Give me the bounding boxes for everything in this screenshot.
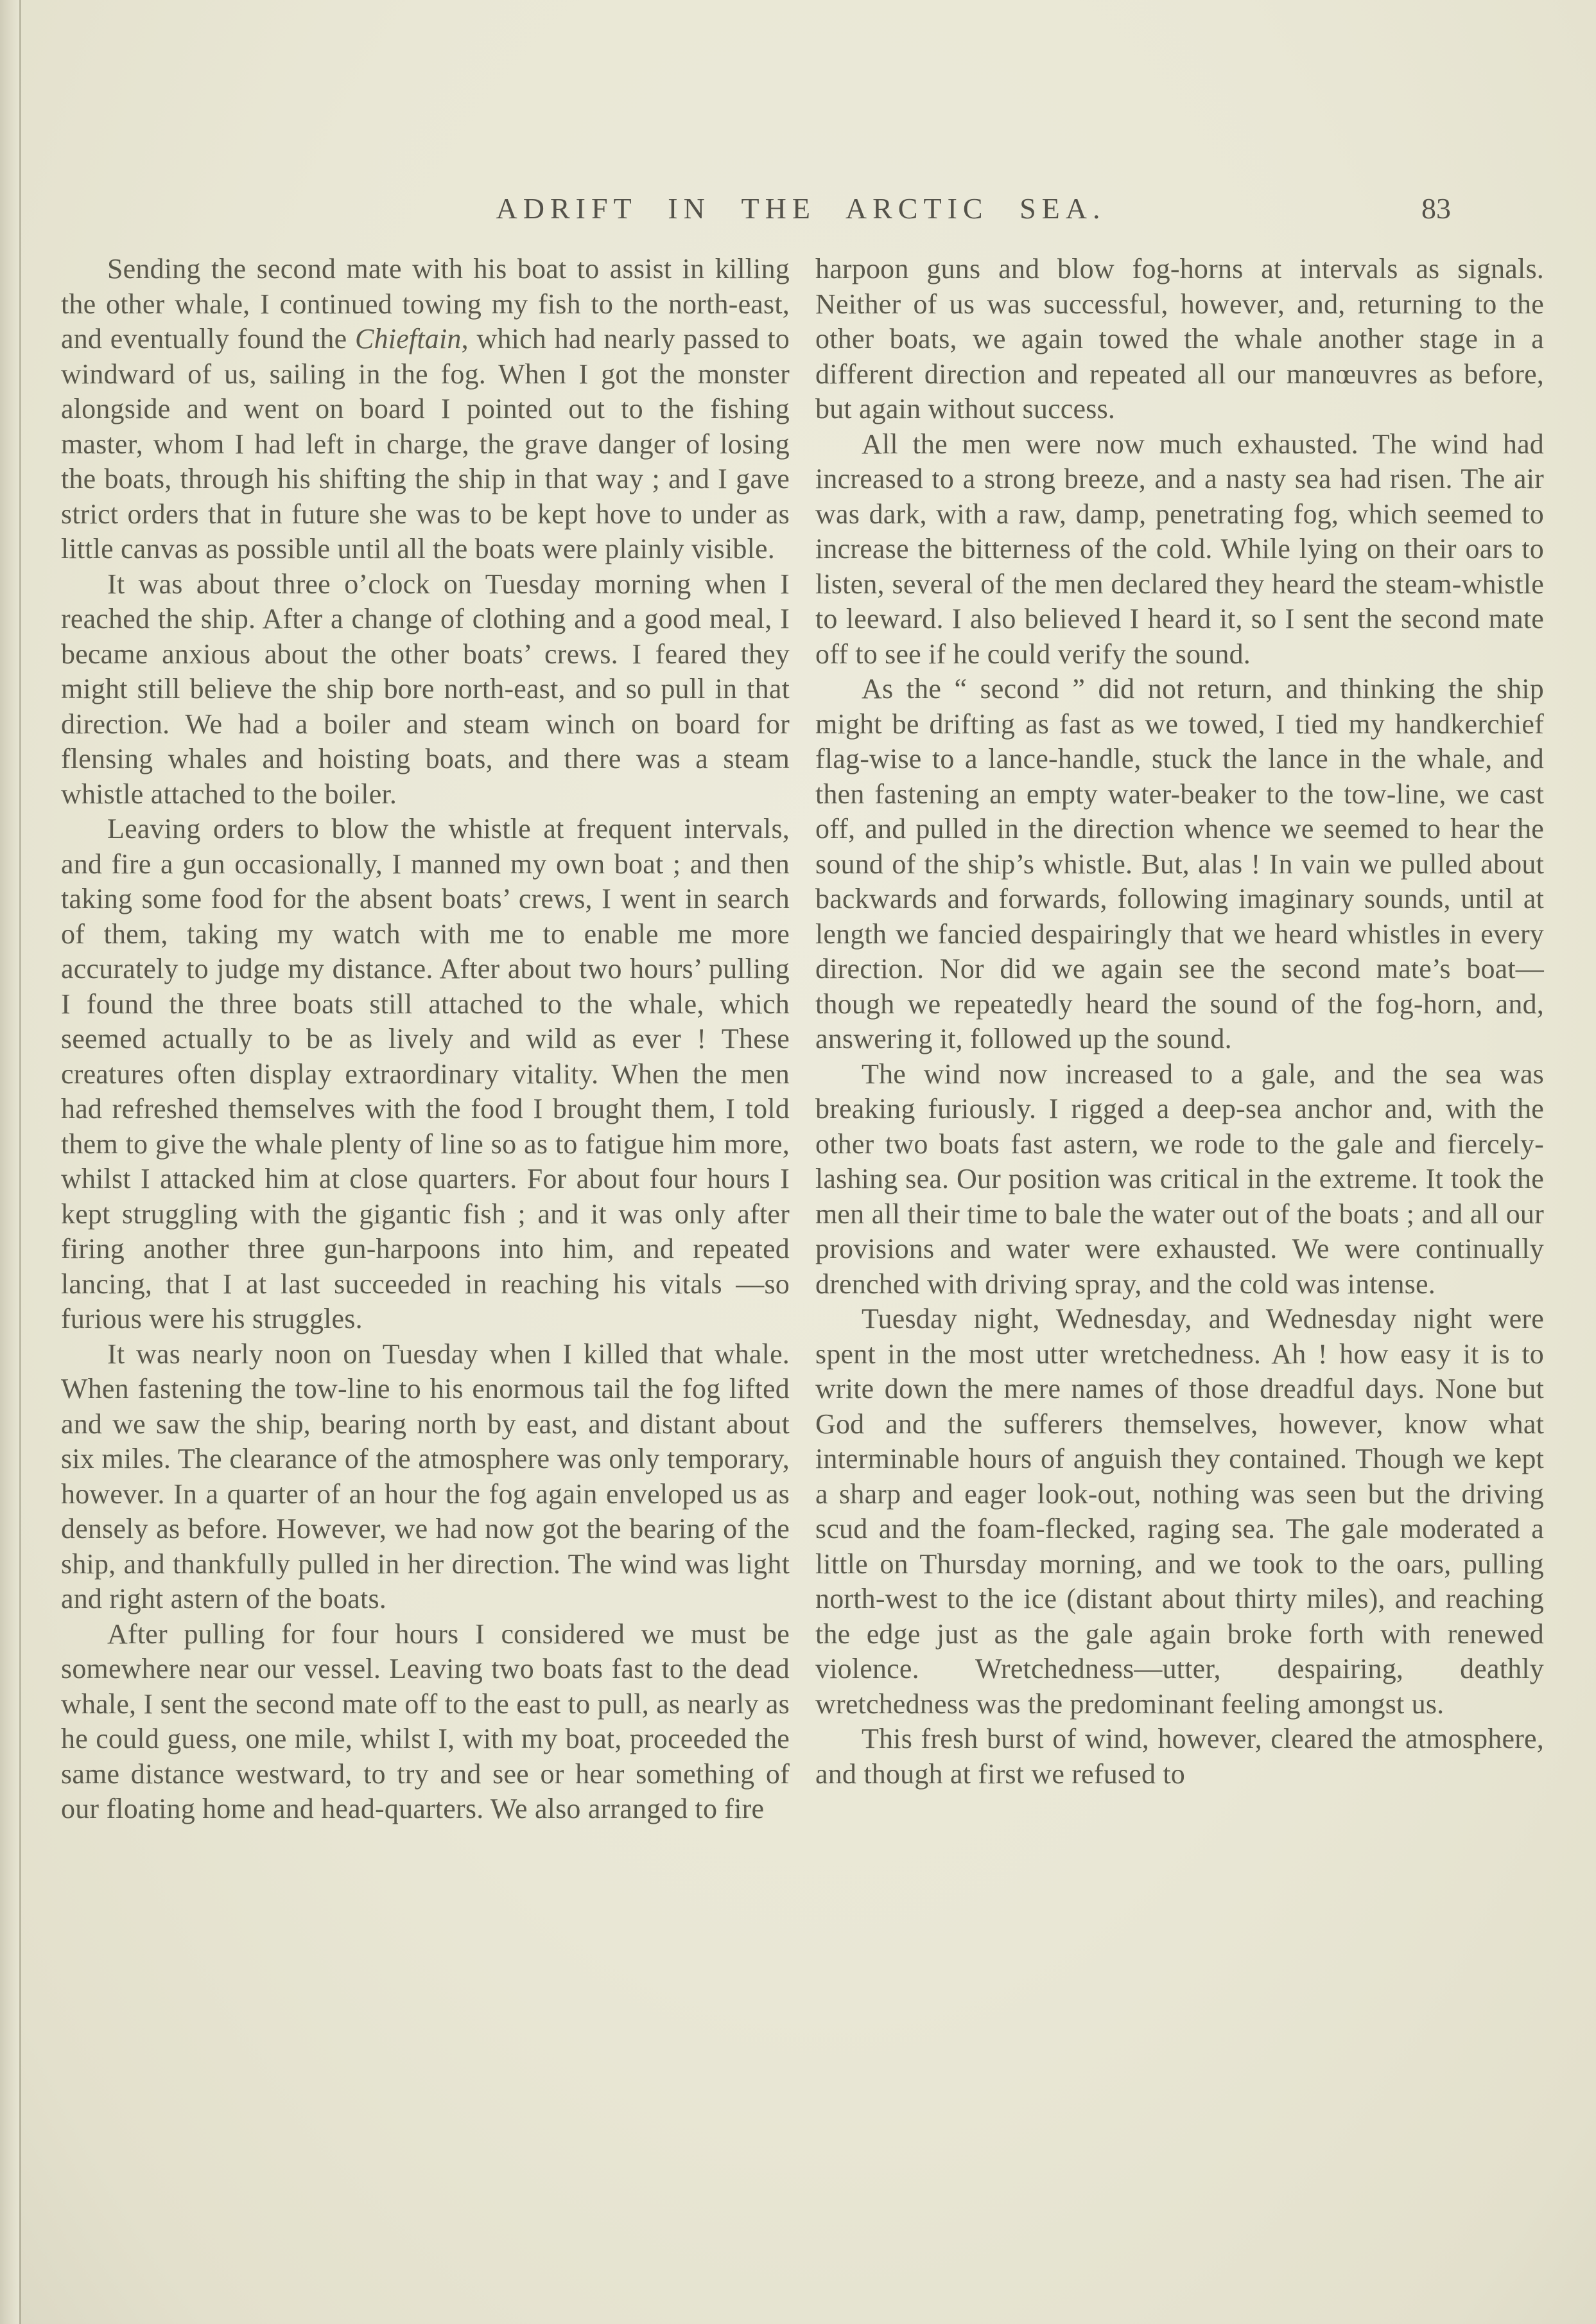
- book-page: ADRIFT IN THE ARCTIC SEA. 83 Sending the…: [0, 0, 1596, 2324]
- paragraph: It was nearly noon on Tuesday when I kil…: [61, 1337, 790, 1617]
- paragraph: This fresh burst of wind, however, clear…: [815, 1722, 1544, 1792]
- paragraph-text: , which had nearly passed to windward of…: [61, 323, 790, 564]
- page-edge-shade: [0, 0, 19, 2324]
- paragraph: Leaving orders to blow the whistle at fr…: [61, 812, 790, 1337]
- column-left: Sending the second mate with his boat to…: [61, 252, 790, 1827]
- paragraph: Sending the second mate with his boat to…: [61, 252, 790, 567]
- page-header-title: ADRIFT IN THE ARCTIC SEA.: [61, 191, 1541, 225]
- paragraph: harpoon guns and blow fog-horns at inter…: [815, 252, 1544, 427]
- paragraph: All the men were now much exhausted. The…: [815, 427, 1544, 672]
- paragraph-text: harpoon guns and blow fog-horns at inter…: [815, 253, 1544, 424]
- page-number: 83: [1421, 191, 1451, 225]
- paragraph-text: All the men were now much exhausted. The…: [815, 428, 1544, 670]
- ship-name-italic: Chieftain: [355, 323, 462, 354]
- paragraph-text: The wind now increased to a gale, and th…: [815, 1058, 1544, 1300]
- page-edge-shadow: [19, 0, 21, 2324]
- paragraph-text: It was nearly noon on Tuesday when I kil…: [61, 1338, 790, 1615]
- paragraph-text: This fresh burst of wind, however, clear…: [815, 1723, 1544, 1790]
- paragraph-text: After pulling for four hours I considere…: [61, 1618, 790, 1825]
- paragraph-text: It was about three o’clock on Tuesday mo…: [61, 568, 790, 810]
- page-header: ADRIFT IN THE ARCTIC SEA. 83: [61, 191, 1541, 236]
- paragraph: The wind now increased to a gale, and th…: [815, 1057, 1544, 1302]
- column-right: harpoon guns and blow fog-horns at inter…: [815, 252, 1544, 1827]
- paragraph: Tuesday night, Wednesday, and Wednesday …: [815, 1302, 1544, 1722]
- paragraph-text: Tuesday night, Wednesday, and Wednesday …: [815, 1303, 1544, 1720]
- paragraph: As the “ second ” did not return, and th…: [815, 672, 1544, 1057]
- text-columns: Sending the second mate with his boat to…: [61, 252, 1544, 1827]
- paragraph-text: As the “ second ” did not return, and th…: [815, 673, 1544, 1054]
- paragraph-text: Leaving orders to blow the whistle at fr…: [61, 813, 790, 1334]
- paragraph: It was about three o’clock on Tuesday mo…: [61, 567, 790, 812]
- paragraph: After pulling for four hours I considere…: [61, 1617, 790, 1827]
